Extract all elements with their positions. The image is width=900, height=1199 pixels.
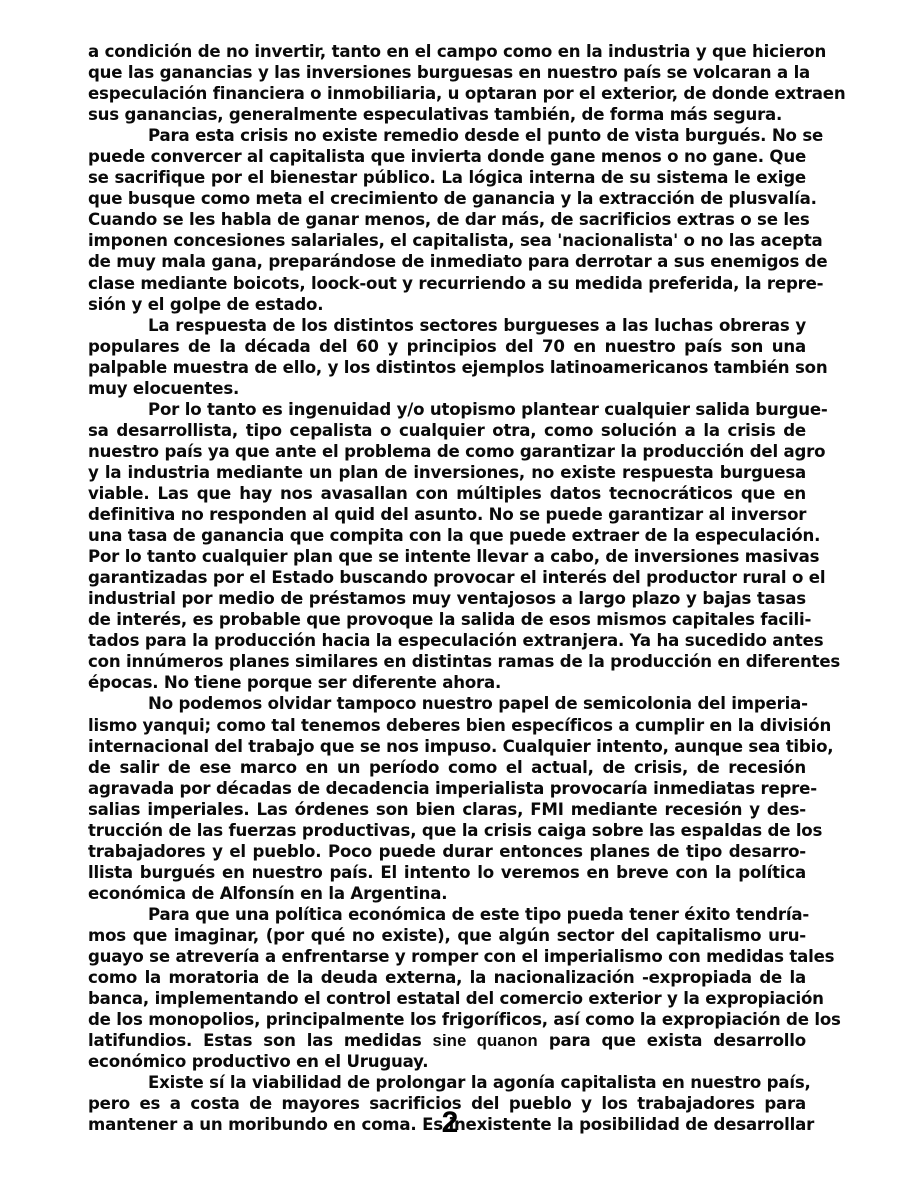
text-line: una tasa de ganancia que compita con la … — [88, 525, 806, 546]
text-segment: para que exista desarrollo — [538, 1031, 806, 1050]
text-line: puede convercer al capitalista que invie… — [88, 146, 806, 167]
text-line: mos que imaginar, (por qué no existe), q… — [88, 925, 806, 946]
text-line: de interés, es probable que provoque la … — [88, 609, 806, 630]
text-line: industrial por medio de préstamos muy ve… — [88, 588, 806, 609]
paragraph-2: Para esta crisis no existe remedio desde… — [88, 125, 806, 314]
text-line: trucción de las fuerzas productivas, que… — [88, 820, 806, 841]
text-line: de salir de ese marco en un período como… — [88, 757, 806, 778]
page-number: 2 — [0, 1106, 900, 1140]
text-line: banca, implementando el control estatal … — [88, 988, 806, 1009]
text-line: Por lo tanto es ingenuidad y/o utopismo … — [88, 399, 806, 420]
text-line: Existe sí la viabilidad de prolongar la … — [88, 1072, 806, 1093]
text-line: Por lo tanto cualquier plan que se inten… — [88, 546, 806, 567]
text-line: económica de Alfonsín en la Argentina. — [88, 883, 806, 904]
text-line: La respuesta de los distintos sectores b… — [88, 315, 806, 336]
text-line: palpable muestra de ello, y los distinto… — [88, 357, 806, 378]
text-line: a condición de no invertir, tanto en el … — [88, 41, 806, 62]
text-line-with-emphasis: latifundios. Estas son las medidas sine … — [88, 1030, 806, 1051]
text-line: épocas. No tiene porque ser diferente ah… — [88, 672, 806, 693]
text-line: salias imperiales. Las órdenes son bien … — [88, 799, 806, 820]
text-line: de muy mala gana, preparándose de inmedi… — [88, 251, 806, 272]
text-line: nuestro país ya que ante el problema de … — [88, 441, 806, 462]
text-line: Para esta crisis no existe remedio desde… — [88, 125, 806, 146]
text-line: sus ganancias, generalmente especulativa… — [88, 104, 806, 125]
text-line: guayo se atrevería a enfrentarse y rompe… — [88, 946, 806, 967]
emphasized-term: sine quanon — [433, 1031, 538, 1050]
text-line: trabajadores y el pueblo. Poco puede dur… — [88, 841, 806, 862]
paragraph-1: a condición de no invertir, tanto en el … — [88, 41, 806, 125]
text-line: lismo yanqui; como tal tenemos deberes b… — [88, 715, 806, 736]
text-line: populares de la década del 60 y principi… — [88, 336, 806, 357]
text-line: garantizadas por el Estado buscando prov… — [88, 567, 806, 588]
text-line: y la industria mediante un plan de inver… — [88, 462, 806, 483]
text-line: Cuando se les habla de ganar menos, de d… — [88, 209, 806, 230]
text-line: llista burgués en nuestro país. El inten… — [88, 862, 806, 883]
text-line: de los monopolios, principalmente los fr… — [88, 1009, 806, 1030]
paragraph-4: Por lo tanto es ingenuidad y/o utopismo … — [88, 399, 806, 694]
text-line: internacional del trabajo que se nos imp… — [88, 736, 806, 757]
text-line: especulación financiera o inmobiliaria, … — [88, 83, 806, 104]
paragraph-5: No podemos olvidar tampoco nuestro papel… — [88, 693, 806, 903]
text-line: como la moratoria de la deuda externa, l… — [88, 967, 806, 988]
paragraph-6: Para que una política económica de este … — [88, 904, 806, 1072]
paragraph-3: La respuesta de los distintos sectores b… — [88, 315, 806, 399]
document-page: a condición de no invertir, tanto en el … — [88, 41, 806, 1135]
text-line: tados para la producción hacia la especu… — [88, 630, 806, 651]
text-line: viable. Las que hay nos avasallan con mú… — [88, 483, 806, 504]
text-line: se sacrifique por el bienestar público. … — [88, 167, 806, 188]
text-line: clase mediante boicots, loock-out y recu… — [88, 273, 806, 294]
text-line: Para que una política económica de este … — [88, 904, 806, 925]
text-line: muy elocuentes. — [88, 378, 806, 399]
text-line: definitiva no responden al quid del asun… — [88, 504, 806, 525]
text-line: que busque como meta el crecimiento de g… — [88, 188, 806, 209]
text-line: con innúmeros planes similares en distin… — [88, 651, 806, 672]
text-line: que las ganancias y las inversiones burg… — [88, 62, 806, 83]
text-segment: latifundios. Estas son las medidas — [88, 1031, 433, 1050]
text-line: imponen concesiones salariales, el capit… — [88, 230, 806, 251]
text-line: económico productivo en el Uruguay. — [88, 1051, 806, 1072]
text-line: No podemos olvidar tampoco nuestro papel… — [88, 693, 806, 714]
text-line: agravada por décadas de decadencia imper… — [88, 778, 806, 799]
text-line: sión y el golpe de estado. — [88, 294, 806, 315]
text-line: sa desarrollista, tipo cepalista o cualq… — [88, 420, 806, 441]
